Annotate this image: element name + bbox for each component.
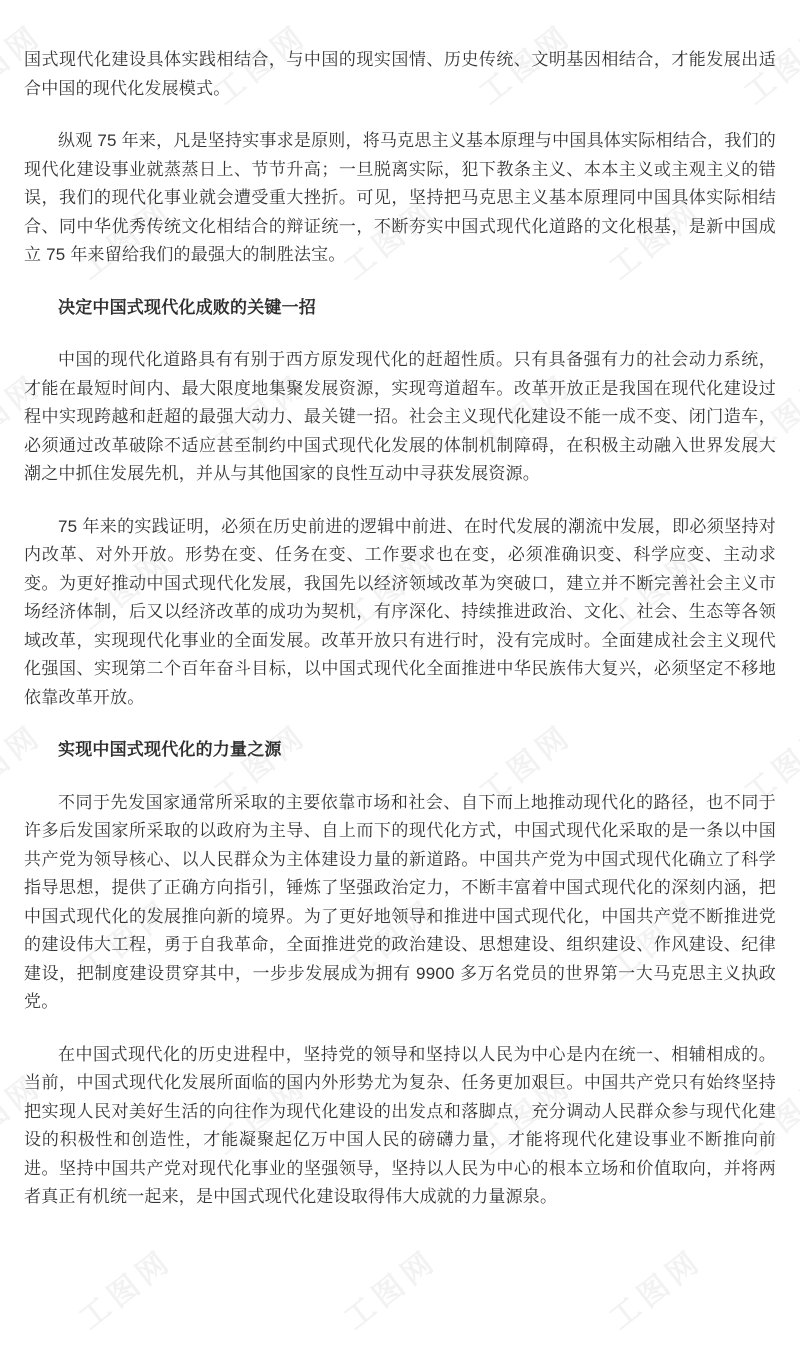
watermark-text: 工图网 <box>333 1236 445 1337</box>
article-body: 国式现代化建设具体实践相结合，与中国的现实国情、历史传统、文明基因相结合，才能发… <box>0 0 800 1212</box>
paragraph: 75 年来的实践证明，必须在历史前进的逻辑中前进、在时代发展的潮流中发展，即必须… <box>24 513 776 713</box>
paragraph: 纵观 75 年来，凡是坚持实事求是原则，将马克思主义基本原理与中国具体实际相结合… <box>24 127 776 270</box>
watermark-text: 工图网 <box>598 1236 710 1337</box>
section-heading: 决定中国式现代化成败的关键一招 <box>24 294 776 323</box>
paragraph: 在中国式现代化的历史进程中，坚持党的领导和坚持以人民为中心是内在统一、相辅相成的… <box>24 1041 776 1212</box>
section-heading: 实现中国式现代化的力量之源 <box>24 736 776 765</box>
paragraph: 不同于先发国家通常所采取的主要依靠市场和社会、自下而上地推动现代化的路径，也不同… <box>24 789 776 1017</box>
paragraph: 国式现代化建设具体实践相结合，与中国的现实国情、历史传统、文明基因相结合，才能发… <box>24 46 776 103</box>
paragraph: 中国的现代化道路具有有别于西方原发现代化的赶超性质。只有具备强有力的社会动力系统… <box>24 346 776 489</box>
document-page: 工图网工图网工图网工图网工图网工图网工图网工图网工图网工图网工图网工图网工图网工… <box>0 0 800 1346</box>
watermark-text: 工图网 <box>68 1236 180 1337</box>
